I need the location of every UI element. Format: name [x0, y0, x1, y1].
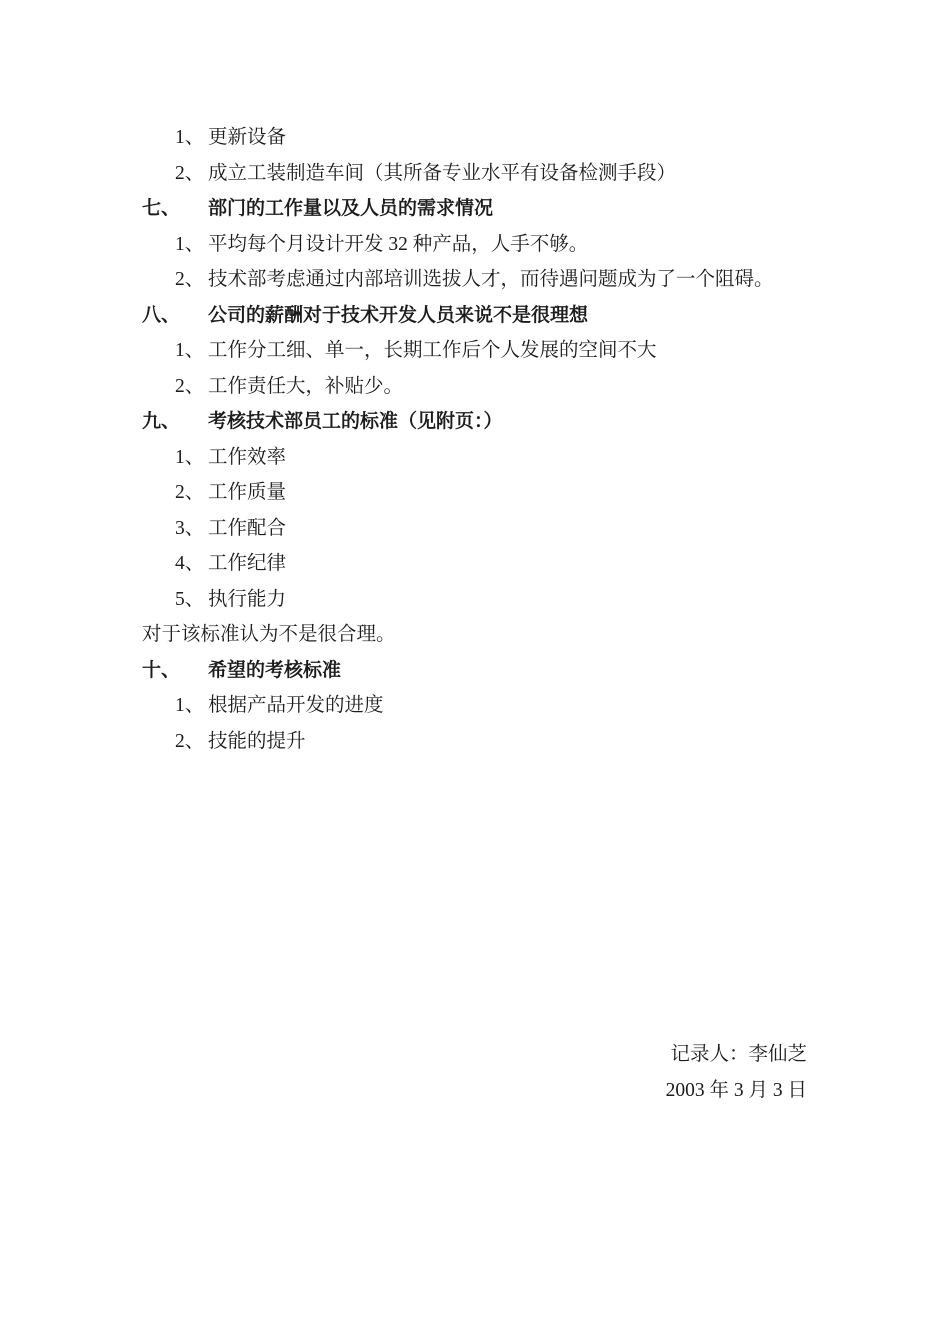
list-number: 1、	[175, 688, 208, 724]
list-number: 1、	[175, 440, 208, 476]
list-number: 九、	[142, 404, 208, 440]
line-text: 工作质量	[208, 475, 286, 511]
line-text: 技能的提升	[208, 724, 306, 760]
recorder-line: 记录人：李仙芝	[0, 1037, 807, 1073]
list-number: 2、	[175, 475, 208, 511]
list-item: 4、工作纪律	[175, 546, 950, 582]
document-page: { "page": { "background": "#ffffff", "te…	[0, 0, 950, 1344]
section-heading: 十、希望的考核标准	[142, 653, 950, 689]
list-item: 2、工作责任大，补贴少。	[175, 369, 950, 405]
list-item: 2、技术部考虑通过内部培训选拔人才，而待遇问题成为了一个阻碍。	[175, 262, 950, 298]
line-text: 工作分工细、单一，长期工作后个人发展的空间不大	[208, 333, 657, 369]
line-text: 更新设备	[208, 120, 286, 156]
line-text: 工作纪律	[208, 546, 286, 582]
line-text: 希望的考核标准	[208, 653, 341, 689]
document-content: 1、更新设备2、成立工装制造车间（其所备专业水平有设备检测手段）七、部门的工作量…	[0, 0, 950, 1109]
list-number: 2、	[175, 262, 208, 298]
list-number: 七、	[142, 191, 208, 227]
list-number: 1、	[175, 227, 208, 263]
list-number: 3、	[175, 511, 208, 547]
list-number: 1、	[175, 120, 208, 156]
list-item: 1、更新设备	[175, 120, 950, 156]
line-text: 公司的薪酬对于技术开发人员来说不是很理想	[208, 298, 588, 334]
line-text: 根据产品开发的进度	[208, 688, 384, 724]
document-body: 1、更新设备2、成立工装制造车间（其所备专业水平有设备检测手段）七、部门的工作量…	[0, 120, 950, 759]
line-text: 考核技术部员工的标准（见附页：）	[208, 404, 503, 440]
list-item: 3、工作配合	[175, 511, 950, 547]
line-text: 技术部考虑通过内部培训选拔人才，而待遇问题成为了一个阻碍。	[208, 262, 774, 298]
list-number: 十、	[142, 653, 208, 689]
list-item: 2、技能的提升	[175, 724, 950, 760]
list-number: 1、	[175, 333, 208, 369]
list-number: 4、	[175, 546, 208, 582]
line-text: 工作效率	[208, 440, 286, 476]
line-text: 工作配合	[208, 511, 286, 547]
paragraph: 对于该标准认为不是很合理。	[142, 617, 950, 653]
list-number: 5、	[175, 582, 208, 618]
section-heading: 八、公司的薪酬对于技术开发人员来说不是很理想	[142, 298, 950, 334]
list-number: 2、	[175, 724, 208, 760]
list-item: 2、工作质量	[175, 475, 950, 511]
list-number: 2、	[175, 156, 208, 192]
line-text: 对于该标准认为不是很合理。	[142, 624, 396, 645]
line-text: 平均每个月设计开发 32 种产品，人手不够。	[208, 227, 588, 263]
list-number: 八、	[142, 298, 208, 334]
list-item: 2、成立工装制造车间（其所备专业水平有设备检测手段）	[175, 156, 950, 192]
list-item: 5、执行能力	[175, 582, 950, 618]
line-text: 部门的工作量以及人员的需求情况	[208, 191, 493, 227]
line-text: 成立工装制造车间（其所备专业水平有设备检测手段）	[208, 156, 676, 192]
date-line: 2003 年 3 月 3 日	[0, 1073, 807, 1109]
list-item: 1、工作分工细、单一，长期工作后个人发展的空间不大	[175, 333, 950, 369]
line-text: 执行能力	[208, 582, 286, 618]
list-number: 2、	[175, 369, 208, 405]
line-text: 工作责任大，补贴少。	[208, 369, 403, 405]
signature-block: 记录人：李仙芝 2003 年 3 月 3 日	[0, 1037, 950, 1109]
section-heading: 七、部门的工作量以及人员的需求情况	[142, 191, 950, 227]
list-item: 1、工作效率	[175, 440, 950, 476]
list-item: 1、根据产品开发的进度	[175, 688, 950, 724]
list-item: 1、平均每个月设计开发 32 种产品，人手不够。	[175, 227, 950, 263]
section-heading: 九、考核技术部员工的标准（见附页：）	[142, 404, 950, 440]
